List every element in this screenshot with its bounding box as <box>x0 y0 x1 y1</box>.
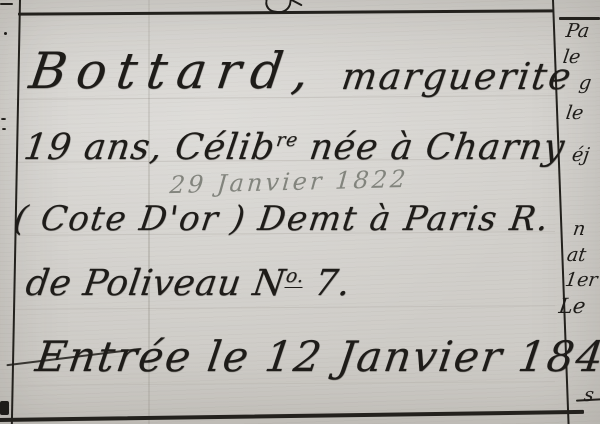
adjacent-column-fragment: éj <box>571 146 591 165</box>
adjacent-column-fragment: n <box>572 220 587 239</box>
street-name-text: de Poliveau N <box>23 263 288 304</box>
faint-rule-line <box>15 305 555 310</box>
ink-speck <box>2 128 6 130</box>
entry-age-status-line: 19 ans, Célibre née à Charny <box>21 130 567 166</box>
table-border-bottom <box>0 410 584 422</box>
entry-admission-line: Entrée le 12 Janvier 1841. <box>33 336 600 378</box>
entry-firstname: marguerite <box>339 58 575 95</box>
register-page-photo: Bottard, marguerite 19 ans, Célibre née … <box>0 0 600 424</box>
adjacent-column-fragment: le <box>565 104 585 123</box>
adjacent-column-fragment: le <box>562 48 582 67</box>
adjacent-column-fragment: Le <box>558 296 587 317</box>
ink-speck <box>4 32 7 35</box>
adjacent-column-fragment: s <box>583 386 595 405</box>
adjacent-column-fragment: 1er <box>564 271 599 290</box>
table-border-top-left-segment <box>0 3 13 5</box>
ink-blot-bottom-left <box>0 401 9 415</box>
birthplace-text: née à Charny <box>294 127 567 168</box>
entry-origin-residence-line: ( Cote D'or ) Demt à Paris R. <box>12 202 552 236</box>
entry-street-line: de Poliveau No. 7. <box>23 266 352 302</box>
adjacent-column-fragment: Pa <box>565 22 591 41</box>
ink-speck <box>1 118 6 120</box>
pencil-birthdate-annotation: 29 Janvier 1822 <box>169 167 410 197</box>
age-status-text: 19 ans, Célib <box>21 127 278 168</box>
entry-surname: Bottard, <box>26 46 322 96</box>
adjacent-column-fragment: at <box>566 246 588 265</box>
adjacent-column-fragment: g <box>578 74 593 93</box>
street-number-text: 7. <box>300 263 353 304</box>
faint-rule-line <box>15 381 555 386</box>
